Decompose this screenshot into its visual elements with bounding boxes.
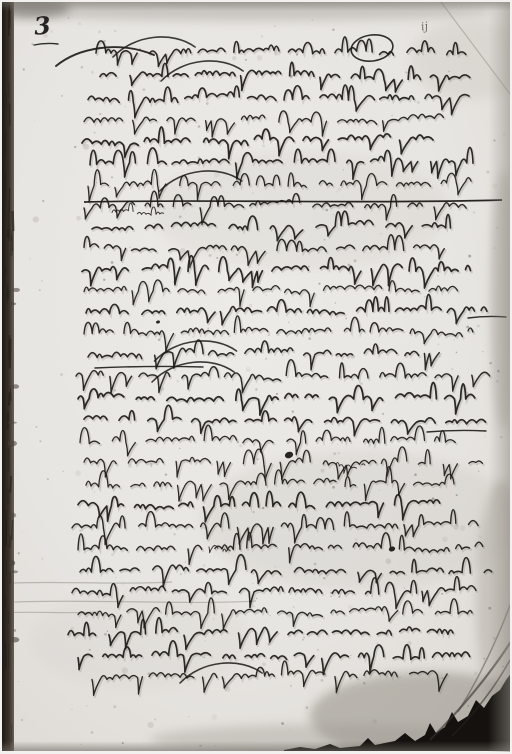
speck: [303, 636, 305, 638]
binding-streak: [13, 211, 14, 231]
speck: [47, 478, 49, 480]
speck: [111, 261, 114, 264]
speck: [203, 564, 206, 567]
speck: [379, 45, 380, 46]
speck: [478, 471, 480, 473]
speck: [78, 22, 81, 25]
speck: [253, 606, 255, 608]
speck: [246, 367, 251, 372]
speck: [194, 206, 195, 207]
speck: [125, 106, 126, 107]
speck: [209, 254, 212, 257]
binding-streak: [3, 275, 4, 294]
speck: [62, 471, 63, 472]
speck: [193, 336, 194, 337]
binding-streak: [9, 392, 10, 405]
speck: [262, 507, 264, 509]
binding-nick: [9, 560, 15, 565]
speck: [265, 358, 267, 360]
speck: [288, 322, 290, 324]
speck: [34, 120, 35, 121]
speck: [257, 55, 262, 60]
speck: [314, 563, 317, 566]
binding-nick: [10, 302, 16, 305]
speck: [343, 169, 344, 170]
speck: [473, 211, 475, 213]
speck: [320, 468, 324, 472]
speck: [114, 30, 117, 33]
speck: [477, 324, 480, 327]
binding-streak: [9, 335, 10, 360]
speck: [107, 631, 108, 632]
speck: [373, 719, 377, 723]
speck: [168, 98, 170, 100]
speck: [205, 640, 206, 641]
speck: [366, 390, 367, 391]
speck: [468, 255, 471, 258]
speck: [179, 448, 181, 450]
speck: [274, 565, 277, 568]
speck: [332, 486, 335, 489]
speck: [290, 730, 291, 731]
speck: [216, 257, 218, 259]
speck: [41, 558, 43, 560]
speck: [318, 283, 320, 285]
binding-nick: [11, 570, 18, 573]
speck: [249, 304, 253, 308]
speck: [437, 275, 439, 277]
speck: [269, 615, 270, 616]
speck: [239, 444, 243, 448]
speck: [124, 321, 125, 322]
speck: [484, 436, 485, 437]
speck: [212, 714, 218, 720]
document-page: 3 ij: [0, 0, 512, 754]
speck: [448, 71, 449, 72]
speck: [222, 252, 223, 253]
speck: [213, 618, 215, 620]
speck: [232, 56, 236, 60]
speck: [257, 458, 259, 460]
speck: [104, 633, 107, 636]
speck: [60, 373, 63, 376]
speck: [426, 513, 427, 514]
speck: [308, 337, 311, 340]
speck: [317, 649, 319, 651]
speck: [363, 682, 366, 685]
speck: [157, 210, 159, 212]
speck: [98, 30, 101, 33]
speck: [333, 91, 336, 94]
speck: [113, 705, 116, 708]
binding-nick: [9, 513, 16, 518]
bottom-edge-shadow: [2, 741, 510, 751]
binding-streak: [3, 454, 4, 478]
speck: [173, 533, 175, 535]
speck: [99, 113, 101, 115]
speck: [414, 473, 417, 476]
speck: [337, 444, 338, 445]
speck: [89, 649, 91, 651]
speck: [13, 629, 16, 632]
speck: [460, 525, 466, 531]
speck: [393, 6, 394, 7]
speck: [111, 553, 114, 556]
speck: [268, 334, 270, 336]
speck: [35, 426, 37, 428]
speck: [465, 179, 466, 180]
speck: [121, 582, 124, 585]
speck: [482, 351, 483, 352]
speck: [122, 667, 128, 673]
speck: [94, 491, 96, 493]
speck: [256, 598, 258, 600]
speck: [308, 266, 310, 268]
speck: [417, 101, 420, 104]
speck: [154, 718, 156, 720]
binding-nick: [10, 637, 20, 643]
binding-streak: [12, 520, 13, 540]
speck: [405, 71, 407, 73]
speck: [380, 233, 381, 234]
speck: [111, 176, 113, 178]
binding-nick: [8, 441, 17, 447]
speck: [483, 658, 485, 660]
binding-streak: [6, 510, 7, 519]
speck: [252, 511, 254, 513]
speck: [150, 466, 152, 468]
speck: [33, 216, 39, 222]
speck: [41, 280, 42, 281]
speck: [206, 102, 209, 105]
speck: [333, 214, 334, 215]
speck: [261, 35, 263, 37]
speck: [379, 490, 380, 491]
speck: [479, 535, 482, 538]
speck: [76, 216, 81, 221]
speck: [252, 583, 253, 584]
speck: [68, 17, 70, 19]
speck: [332, 29, 334, 31]
speck: [245, 59, 247, 61]
speck: [22, 531, 23, 532]
speck: [115, 577, 116, 578]
speck: [165, 473, 167, 475]
speck: [432, 497, 435, 500]
speck: [305, 706, 308, 709]
speck: [91, 731, 94, 734]
speck: [281, 722, 284, 725]
speck: [103, 279, 105, 281]
speck: [360, 382, 363, 385]
speck: [297, 159, 299, 161]
speck: [252, 192, 254, 194]
speck: [302, 639, 304, 641]
speck: [404, 588, 405, 589]
speck: [94, 132, 96, 134]
speck: [188, 716, 189, 717]
speck: [338, 452, 340, 454]
speck: [466, 326, 469, 329]
speck: [292, 411, 294, 413]
speck: [352, 594, 353, 595]
speck: [474, 672, 478, 676]
speck: [336, 191, 337, 192]
speck: [153, 223, 154, 224]
speck: [293, 606, 294, 607]
speck: [204, 657, 206, 659]
speck: [391, 115, 393, 117]
speck: [467, 705, 469, 707]
speck: [198, 125, 201, 128]
speck: [147, 722, 153, 728]
speck: [176, 380, 179, 383]
speck: [74, 146, 76, 148]
speck: [400, 677, 401, 678]
speck: [207, 327, 209, 329]
speck: [255, 388, 257, 390]
speck: [179, 215, 182, 218]
binding-nick: [12, 288, 20, 292]
speck: [265, 295, 266, 296]
speck: [330, 595, 332, 597]
binding-nick: [12, 384, 19, 389]
speck: [42, 200, 44, 202]
speck: [18, 552, 20, 554]
speck: [39, 440, 41, 442]
speck: [438, 344, 439, 345]
speck: [338, 188, 341, 191]
speck: [21, 719, 23, 721]
top-edge-shadow: [2, 2, 510, 11]
speck: [61, 95, 63, 97]
page-number: 3: [33, 13, 52, 38]
manuscript-scan: [0, 0, 512, 754]
speck: [143, 88, 146, 91]
binding-streak: [8, 489, 9, 504]
speck: [424, 296, 426, 298]
binding-streak: [4, 171, 5, 202]
speck: [180, 573, 182, 575]
speck: [354, 259, 357, 262]
speck: [456, 494, 458, 496]
speck: [355, 538, 358, 541]
speck: [175, 632, 176, 633]
speck: [235, 315, 236, 316]
speck: [321, 679, 324, 682]
speck: [23, 68, 25, 70]
speck: [461, 6, 462, 7]
speck: [18, 681, 19, 682]
speck: [262, 144, 265, 147]
speck: [345, 318, 347, 320]
binding-streak: [10, 476, 11, 493]
binding-streak: [11, 230, 12, 256]
speck: [86, 705, 87, 706]
right-edge-shadow: [488, 2, 510, 752]
binding-streak: [10, 535, 11, 548]
speck: [262, 662, 266, 666]
binding-streak: [9, 188, 10, 212]
speck: [325, 209, 328, 212]
speck: [351, 459, 352, 460]
speck: [441, 677, 443, 679]
speck: [158, 338, 161, 341]
speck: [452, 368, 453, 369]
speck: [91, 71, 94, 74]
speck: [290, 685, 292, 687]
speck: [335, 302, 336, 303]
speck: [344, 475, 345, 476]
speck: [39, 289, 41, 291]
speck: [442, 536, 448, 542]
speck: [312, 19, 313, 20]
speck: [324, 239, 326, 241]
speck: [129, 247, 130, 248]
speck: [31, 43, 33, 45]
speck: [81, 66, 84, 69]
binding-nick: [7, 421, 17, 423]
speck: [441, 593, 443, 595]
speck: [352, 687, 353, 688]
speck: [382, 413, 384, 415]
speck: [274, 26, 275, 27]
binding-streak: [8, 290, 9, 299]
speck: [185, 561, 186, 562]
speck: [75, 470, 81, 476]
speck: [276, 393, 278, 395]
speck: [30, 258, 31, 259]
speck: [456, 352, 458, 354]
speck: [350, 655, 351, 656]
speck: [79, 530, 81, 532]
speck: [376, 642, 378, 644]
speck: [236, 254, 238, 256]
speck: [333, 452, 336, 455]
speck: [225, 543, 226, 544]
binding-streak: [5, 520, 6, 545]
speck: [386, 558, 392, 564]
speck: [323, 577, 325, 579]
speck: [72, 709, 73, 710]
speck: [454, 339, 455, 340]
